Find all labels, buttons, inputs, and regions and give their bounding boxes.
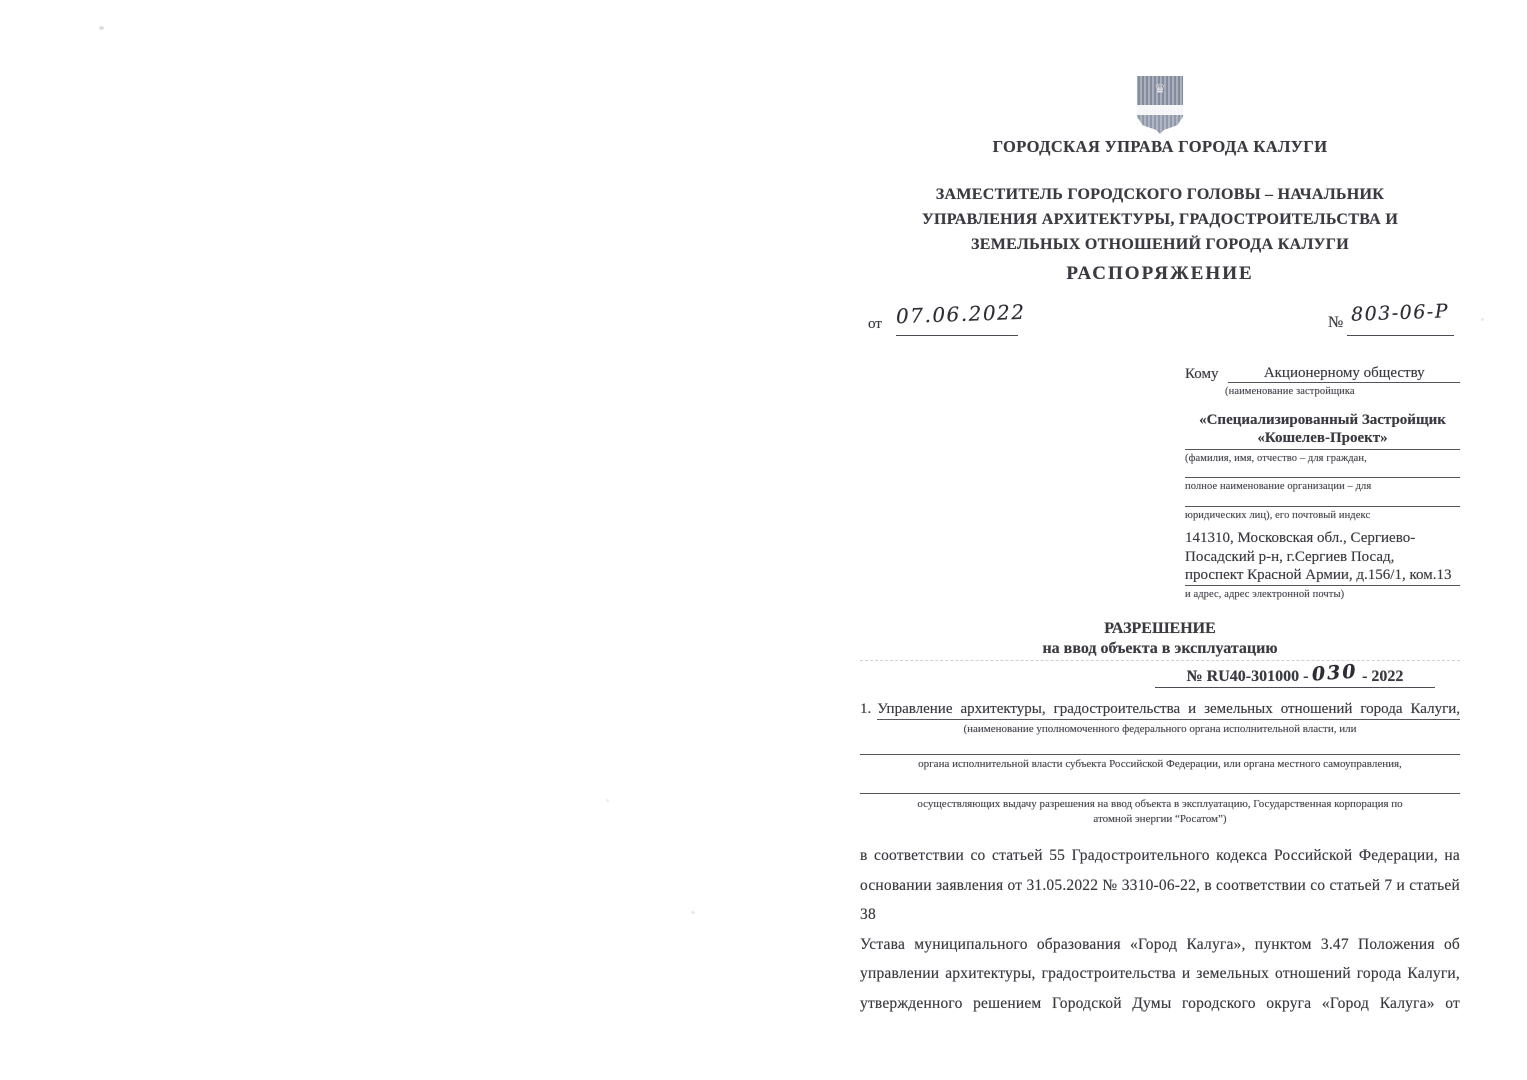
body-line: основании заявления от 31.05.2022 № 3310… bbox=[860, 871, 1460, 930]
handwritten-number: 803-06-Р bbox=[1351, 300, 1450, 325]
kaluga-coat-of-arms-icon: ♛ bbox=[1136, 76, 1184, 134]
addressee-to-label: Кому bbox=[1185, 366, 1228, 383]
official-title-line: УПРАВЛЕНИЯ АРХИТЕКТУРЫ, ГРАДОСТРОИТЕЛЬСТ… bbox=[860, 207, 1460, 232]
document-type-heading: РАСПОРЯЖЕНИЕ bbox=[860, 263, 1460, 285]
form-caption-authority-2: органа исполнительной власти субъекта Ро… bbox=[860, 758, 1460, 771]
item-number: 1. bbox=[860, 701, 877, 720]
permit-number-suffix: - 2022 bbox=[1362, 668, 1403, 685]
scan-speck bbox=[606, 799, 609, 802]
addressee-to-row: Кому Акционерному обществу bbox=[1185, 364, 1460, 383]
permit-title-line1: РАЗРЕШЕНИЕ bbox=[860, 619, 1460, 639]
permit-title: РАЗРЕШЕНИЕ на ввод объекта в эксплуатаци… bbox=[860, 619, 1460, 658]
handwritten-permit-number: 030 bbox=[1312, 660, 1359, 685]
section-1: 1. Управление архитектуры, градостроител… bbox=[860, 701, 1460, 827]
issuing-authority-row: 1. Управление архитектуры, градостроител… bbox=[860, 701, 1460, 720]
form-caption-authority-1: (наименование уполномоченного федерально… bbox=[860, 723, 1460, 736]
form-caption-authority-3: осуществляющих выдачу разрешения на ввод… bbox=[860, 797, 1460, 827]
form-blank-line bbox=[1185, 465, 1460, 478]
body-line: утвержденного решением Городской Думы го… bbox=[860, 989, 1460, 1019]
scanned-document-page: ♛ ГОРОДСКАЯ УПРАВА ГОРОДА КАЛУГИ ЗАМЕСТИ… bbox=[0, 0, 1527, 1080]
permit-number-prefix: № RU40-301000 - bbox=[1187, 668, 1313, 685]
issuing-authority-value: Управление архитектуры, градостроительст… bbox=[877, 701, 1460, 720]
number-label: № bbox=[1328, 314, 1343, 332]
form-caption-email: и адрес, адрес электронной почты) bbox=[1185, 588, 1460, 601]
address-line: проспект Красной Армии, д.156/1, ком.13 bbox=[1185, 566, 1460, 586]
form-caption-authority-3b: атомной энергии “Росатом”) bbox=[1093, 813, 1226, 825]
body-paragraph: в соответствии со статьей 55 Градостроит… bbox=[860, 841, 1460, 1019]
org-name: ГОРОДСКАЯ УПРАВА ГОРОДА КАЛУГИ bbox=[860, 137, 1460, 157]
body-line: Устава муниципального образования «Город… bbox=[860, 930, 1460, 960]
addressee-block: Кому Акционерному обществу (наименование… bbox=[1185, 364, 1460, 601]
official-title: ЗАМЕСТИТЕЛЬ ГОРОДСКОГО ГОЛОВЫ – НАЧАЛЬНИ… bbox=[860, 182, 1460, 257]
permit-title-line2: на ввод объекта в эксплуатацию bbox=[860, 639, 1460, 659]
form-caption-orgname: полное наименование организации – для bbox=[1185, 480, 1460, 493]
date-label: от bbox=[868, 316, 882, 333]
scan-speck bbox=[1481, 318, 1484, 321]
form-blank-line bbox=[860, 736, 1460, 755]
developer-address: 141310, Московская обл., Сергиево- Посад… bbox=[1185, 529, 1460, 586]
form-blank-line bbox=[860, 771, 1460, 794]
official-title-line: ЗЕМЕЛЬНЫХ ОТНОШЕНИЙ ГОРОДА КАЛУГИ bbox=[860, 232, 1460, 257]
developer-name-line2: «Кошелев-Проект» bbox=[1185, 429, 1460, 450]
form-blank-line bbox=[1185, 493, 1460, 507]
date-number-row: от 07.06.2022 № 803-06-Р bbox=[860, 308, 1460, 338]
emblem-bottom-band bbox=[1136, 115, 1184, 134]
address-line: 141310, Московская обл., Сергиево- bbox=[1185, 530, 1415, 546]
date-field: 07.06.2022 bbox=[896, 302, 1018, 336]
document-content: ♛ ГОРОДСКАЯ УПРАВА ГОРОДА КАЛУГИ ЗАМЕСТИ… bbox=[860, 0, 1460, 1080]
scan-speck bbox=[99, 26, 104, 30]
developer-name-line1: «Специализированный Застройщик bbox=[1185, 411, 1460, 429]
scan-speck bbox=[691, 911, 695, 914]
form-caption-authority-3a: осуществляющих выдачу разрешения на ввод… bbox=[917, 798, 1402, 810]
scan-artifact-line bbox=[860, 660, 1460, 661]
body-line: управлении архитектуры, градостроительст… bbox=[860, 959, 1460, 989]
addressee-to-value: Акционерному обществу bbox=[1228, 364, 1460, 383]
emblem-middle-band bbox=[1136, 105, 1184, 115]
number-field: 803-06-Р bbox=[1347, 302, 1454, 336]
crown-icon: ♛ bbox=[1154, 82, 1166, 95]
official-title-line: ЗАМЕСТИТЕЛЬ ГОРОДСКОГО ГОЛОВЫ – НАЧАЛЬНИ… bbox=[860, 182, 1460, 207]
address-line: Посадский р-н, г.Сергиев Посад, bbox=[1185, 549, 1394, 565]
permit-number-field: № RU40-301000 - 030 - 2022 bbox=[1155, 664, 1435, 688]
form-caption-builder: (наименование застройщика bbox=[1225, 385, 1460, 398]
handwritten-date: 07.06.2022 bbox=[896, 300, 1026, 329]
body-line: в соответствии со статьей 55 Градостроит… bbox=[860, 841, 1460, 871]
form-caption-fio: (фамилия, имя, отчество – для граждан, bbox=[1185, 452, 1460, 465]
form-caption-legal: юридических лиц), его почтовый индекс bbox=[1185, 509, 1460, 522]
